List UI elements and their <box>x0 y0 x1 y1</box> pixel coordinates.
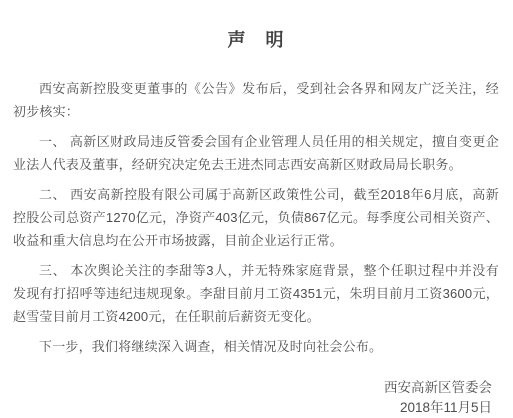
signature-block: 西安高新区管委会 2018年11月5日 <box>13 378 499 418</box>
paragraph-closing: 下一步，我们将继续深入调查，相关情况及时向社会公布。 <box>13 335 499 358</box>
statement-document: 声 明 西安高新控股变更董事的《公告》发布后，受到社会各界和网友广泛关注，经初步… <box>0 0 513 418</box>
signature-date: 2018年11月5日 <box>13 398 492 418</box>
paragraph-item-2: 二、 西安高新控股有限公司属于高新区政策性公司，截至2018年6月底，高新控股公… <box>13 183 499 252</box>
document-title: 声 明 <box>13 30 499 50</box>
paragraph-item-1: 一、 高新区财政局违反管委会国有企业管理人员任用的相关规定，擅自变更企业法人代表… <box>13 130 499 176</box>
signature-org: 西安高新区管委会 <box>13 378 492 398</box>
paragraph-intro: 西安高新控股变更董事的《公告》发布后，受到社会各界和网友广泛关注，经初步核实： <box>13 77 499 123</box>
paragraph-item-3: 三、 本次舆论关注的李甜等3人，并无特殊家庭背景，整个任职过程中并没有发现有打招… <box>13 259 499 328</box>
